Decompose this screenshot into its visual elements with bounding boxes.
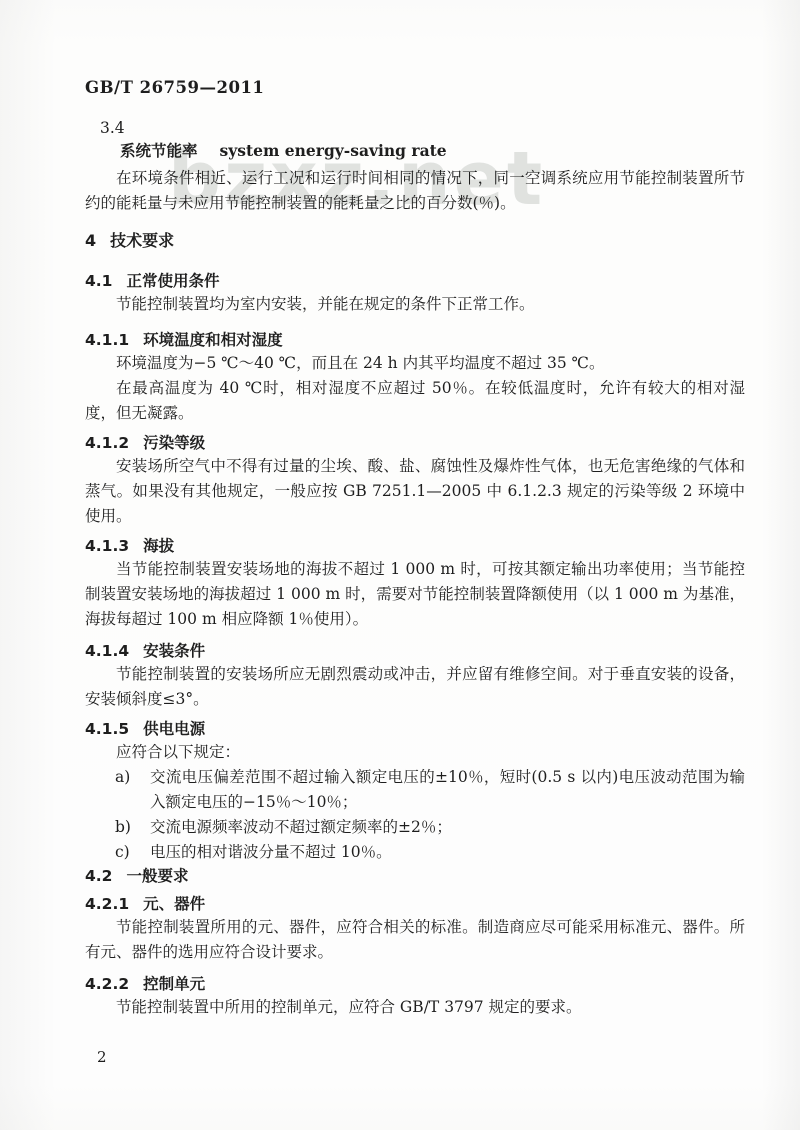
clause-4-2-1-body: 节能控制装置所用的元、器件，应符合相关的标准。制造商应尽可能采用标准元、器件。所… (85, 915, 745, 965)
clause-4-1-5-heading: 4.1.5供电电源 (85, 718, 745, 740)
term-definition: 在环境条件相近、运行工况和运行时间相同的情况下，同一空调系统应用节能控制装置所节… (85, 166, 745, 216)
term-title: 系统节能率system energy-saving rate (85, 140, 745, 162)
standard-code: GB/T 26759—2011 (85, 78, 745, 98)
power-supply-requirements-list: a) 交流电压偏差范围不超过输入额定电压的±10％，短时(0.5 s 以内)电压… (85, 765, 745, 865)
page-content: GB/T 26759—2011 3.4 系统节能率system energy-s… (85, 78, 745, 1020)
clause-4-2-2-title: 控制单元 (143, 975, 205, 993)
list-item-b: b) 交流电源频率波动不超过额定频率的±2％； (115, 815, 745, 840)
clause-4-1-3-title: 海拔 (143, 537, 174, 555)
term-title-en: system energy-saving rate (220, 141, 447, 160)
list-item-a-marker: a) (115, 765, 150, 790)
scan-artifact-left (0, 0, 70, 1130)
clause-4-title: 技术要求 (110, 231, 174, 250)
clause-4-2-number: 4.2 (85, 867, 112, 885)
clause-4-1-body: 节能控制装置均为室内安装，并能在规定的条件下正常工作。 (85, 292, 745, 317)
list-item-c-text: 电压的相对谐波分量不超过 10％。 (150, 840, 745, 865)
list-item-c: c) 电压的相对谐波分量不超过 10％。 (115, 840, 745, 865)
clause-4-number: 4 (85, 231, 96, 250)
clause-4-2-heading: 4.2一般要求 (85, 865, 745, 887)
clause-4-1-5-intro: 应符合以下规定： (85, 740, 745, 765)
scan-artifact-right (755, 0, 800, 1130)
list-item-b-marker: b) (115, 815, 150, 840)
clause-4-1-4-title: 安装条件 (143, 642, 205, 660)
clause-4-1-5-title: 供电电源 (143, 720, 205, 738)
term-title-zh: 系统节能率 (120, 142, 198, 160)
clause-4-1-1-number: 4.1.1 (85, 331, 129, 349)
clause-4-1-1-paragraph-1: 环境温度为−5 ℃～40 ℃，而且在 24 h 内其平均温度不超过 35 ℃。 (85, 351, 745, 376)
clause-4-heading: 4技术要求 (85, 230, 745, 252)
clause-4-1-1-paragraph-2: 在最高温度为 40 ℃时，相对湿度不应超过 50％。在较低温度时，允许有较大的相… (85, 376, 745, 426)
clause-4-1-3-number: 4.1.3 (85, 537, 129, 555)
clause-4-2-2-heading: 4.2.2控制单元 (85, 973, 745, 995)
clause-4-1-2-title: 污染等级 (143, 434, 205, 452)
list-item-a: a) 交流电压偏差范围不超过输入额定电压的±10％，短时(0.5 s 以内)电压… (115, 765, 745, 815)
clause-4-1-2-heading: 4.1.2污染等级 (85, 432, 745, 454)
clause-4-1-5-number: 4.1.5 (85, 720, 129, 738)
list-item-a-text: 交流电压偏差范围不超过输入额定电压的±10％，短时(0.5 s 以内)电压波动范… (150, 765, 745, 815)
clause-4-2-title: 一般要求 (126, 867, 188, 885)
clause-4-1-heading: 4.1正常使用条件 (85, 270, 745, 292)
list-item-c-marker: c) (115, 840, 150, 865)
clause-4-2-1-title: 元、器件 (143, 895, 205, 913)
clause-4-1-2-body: 安装场所空气中不得有过量的尘埃、酸、盐、腐蚀性及爆炸性气体，也无危害绝缘的气体和… (85, 454, 745, 529)
clause-4-1-1-heading: 4.1.1环境温度和相对湿度 (85, 329, 745, 351)
term-number: 3.4 (85, 118, 745, 138)
clause-4-1-1-title: 环境温度和相对湿度 (143, 331, 283, 349)
clause-4-1-2-number: 4.1.2 (85, 434, 129, 452)
clause-4-2-2-body: 节能控制装置中所用的控制单元，应符合 GB/T 3797 规定的要求。 (85, 995, 745, 1020)
clause-4-2-1-heading: 4.2.1元、器件 (85, 893, 745, 915)
document-page: bzxz.net GB/T 26759—2011 3.4 系统节能率system… (0, 0, 800, 1130)
clause-4-2-2-number: 4.2.2 (85, 975, 129, 993)
clause-4-1-title: 正常使用条件 (126, 272, 219, 290)
list-item-b-text: 交流电源频率波动不超过额定频率的±2％； (150, 815, 745, 840)
clause-4-1-4-number: 4.1.4 (85, 642, 129, 660)
clause-4-1-3-body: 当节能控制装置安装场地的海拔不超过 1 000 m 时，可按其额定输出功率使用；… (85, 557, 745, 632)
clause-4-2-1-number: 4.2.1 (85, 895, 129, 913)
clause-4-1-number: 4.1 (85, 272, 112, 290)
clause-4-1-4-heading: 4.1.4安装条件 (85, 640, 745, 662)
clause-4-1-4-body: 节能控制装置的安装场所应无剧烈震动或冲击，并应留有维修空间。对于垂直安装的设备，… (85, 662, 745, 712)
clause-4-1-3-heading: 4.1.3海拔 (85, 535, 745, 557)
page-number: 2 (97, 1046, 107, 1068)
